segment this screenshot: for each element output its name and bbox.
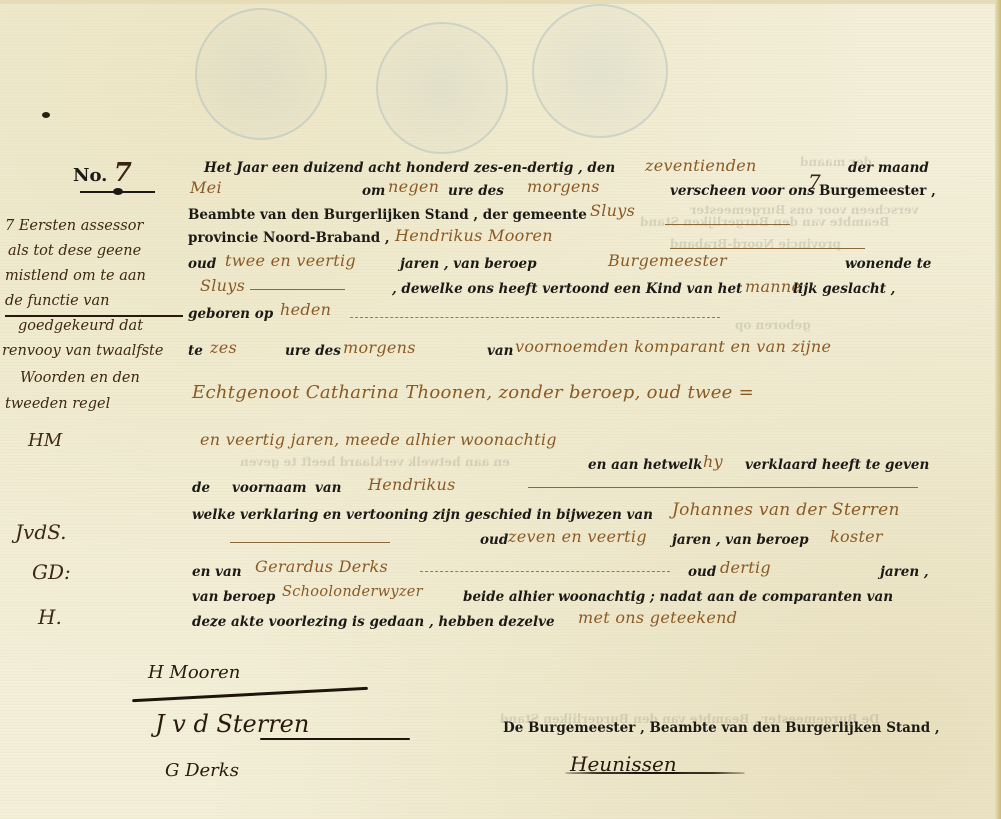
handwritten-birthdate: heden [280, 300, 331, 319]
handwritten-month: Mei [190, 178, 222, 197]
printed-text: provincie Noord-Braband , [188, 230, 390, 246]
printed-text: jaren , [880, 564, 929, 580]
fill-line [528, 487, 918, 488]
ornamental-rule-center [113, 188, 123, 195]
printed-text: jaren , van beroep [672, 532, 809, 548]
circular-stamp-icon [376, 22, 508, 154]
margin-initials: HM [28, 430, 62, 451]
printed-text: deze akte voorlezing is gedaan , hebben … [192, 614, 555, 630]
paper-top-edge [0, 0, 1001, 4]
printed-text: oud [480, 532, 508, 548]
ghost-text: Beambte van den Burgerlijken Stand [640, 215, 890, 229]
handwritten-age: zeven en veertig [508, 527, 647, 546]
signature-block-label: De Burgemeester , Beambte van den Burger… [503, 720, 940, 736]
handwritten-occupation: Burgemeester [608, 251, 727, 270]
printed-text: , dewelke ons heeft vertoond een Kind va… [392, 281, 742, 297]
signature-derks: G Derks [165, 760, 239, 781]
printed-text: geboren op [188, 306, 273, 322]
handwritten-mother-details: en veertig jaren, meede alhier woonachti… [200, 430, 557, 449]
margin-note-line: goedgekeurd dat [18, 318, 143, 334]
signature-flourish [565, 772, 745, 774]
handwritten-hour: zes [210, 338, 237, 357]
printed-text: Beambte van den Burgerlijken Stand , der… [188, 207, 587, 223]
handwritten-time: morgens [343, 338, 416, 357]
printed-text: van beroep [192, 589, 275, 605]
handwritten-mother: Echtgenoot Catharina Thoonen, zonder ber… [192, 382, 754, 403]
signature-flourish [132, 687, 368, 702]
printed-text: van [315, 480, 341, 496]
fill-line [670, 248, 865, 249]
margin-note-line: tweeden regel [5, 396, 110, 412]
printed-text: Het Jaar een duizend acht honderd zes-en… [204, 160, 615, 176]
margin-initials: GD: [32, 560, 71, 584]
fill-line [230, 542, 390, 543]
printed-text: der maand [848, 160, 929, 176]
printed-text: lijk geslacht , [793, 281, 895, 297]
fill-line [420, 571, 670, 572]
printed-text: beide alhier woonachtig ; nadat aan de c… [463, 589, 893, 605]
printed-text: jaren , van beroep [400, 256, 537, 272]
margin-note-line: als tot dese geene [8, 243, 141, 259]
margin-note-line: de functie van [5, 293, 109, 309]
handwritten-residence: Sluys [200, 276, 245, 295]
handwritten-municipality: Sluys [590, 201, 635, 220]
handwritten-signed-note: met ons geteekend [578, 608, 737, 627]
printed-text-part: Beambte van den Burgerlijken Stand , der… [188, 207, 587, 223]
handwritten-name: Hendrikus Mooren [395, 226, 553, 245]
printed-text: welke verklaring en vertooning zijn gesc… [192, 507, 653, 523]
handwritten-day: zeventienden [645, 156, 757, 175]
handwritten-hour: negen [388, 177, 439, 196]
printed-text: verklaard heeft te geven [745, 457, 929, 473]
printed-text: de [192, 480, 210, 496]
handwritten-time: morgens [527, 177, 600, 196]
margin-note-line: Woorden en den [20, 370, 140, 386]
handwritten-age: twee en veertig [225, 251, 356, 270]
signature-flourish [260, 738, 410, 740]
margin-note-line: mistlend om te aan [5, 268, 146, 284]
act-number-label: No. [73, 165, 107, 186]
handwritten-witness-1: Johannes van der Sterren [672, 500, 900, 520]
printed-text: ure des [448, 183, 504, 199]
document-page: der maand verscheen voor ons Burgemeeste… [0, 0, 1001, 819]
margin-initials: JvdS. [15, 520, 66, 544]
handwritten-child-name: Hendrikus [368, 475, 456, 494]
act-number: No. 7 [73, 158, 132, 188]
printed-text: oud [188, 256, 216, 272]
handwritten-pronoun: hy [703, 452, 723, 471]
printed-text: verscheen voor ons [670, 183, 815, 199]
printed-text: en van [192, 564, 242, 580]
ink-blot [42, 112, 50, 118]
ghost-text: en aan hetwelk verklaard heeft te geven [240, 455, 510, 469]
printed-text: oud [688, 564, 716, 580]
printed-text: om [362, 183, 385, 199]
fill-line [665, 224, 790, 225]
handwritten-age: dertig [720, 558, 771, 577]
printed-text: voornaam [232, 480, 307, 496]
printed-text: en aan hetwelk [588, 457, 702, 473]
handwritten-text: voornoemden komparant en van zijne [515, 337, 831, 356]
handwritten-occupation: Schoolonderwyzer [282, 584, 423, 600]
ghost-text: geboren op [735, 318, 811, 332]
handwritten-witness-2: Gerardus Derks [255, 557, 388, 576]
signature-van-der-sterren: J v d Sterren [155, 710, 309, 738]
printed-text: van [487, 343, 513, 359]
margin-initials: H. [38, 605, 62, 629]
circular-stamp-icon [532, 4, 668, 138]
fill-line [250, 289, 345, 290]
margin-note-line: 7 Eersten assessor [5, 218, 143, 234]
paper-right-edge [995, 0, 1001, 819]
margin-note-underline [5, 315, 183, 317]
printed-text: wonende te [845, 256, 931, 272]
circular-stamp-icon [195, 8, 327, 140]
signature-mooren: H Mooren [148, 662, 240, 683]
printed-text: Burgemeester , [819, 183, 936, 199]
act-number-value: 7 [114, 158, 132, 188]
fill-line [350, 317, 720, 318]
printed-text: ure des [285, 343, 341, 359]
margin-note-line: renvooy van twaalfste [2, 343, 163, 359]
handwritten-occupation: koster [830, 527, 883, 546]
printed-text: te [188, 343, 203, 359]
